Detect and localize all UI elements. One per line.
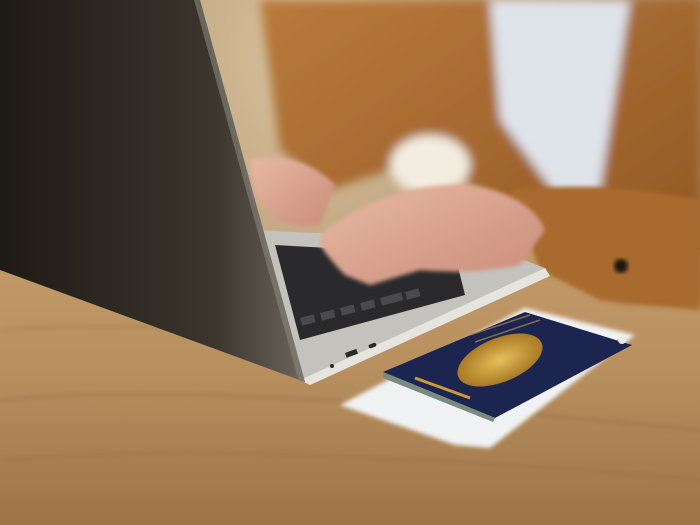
photo-scene — [0, 0, 700, 525]
audio-jack[interactable] — [330, 364, 334, 368]
sleeve-button — [614, 259, 628, 273]
photo-illustration — [0, 0, 700, 525]
